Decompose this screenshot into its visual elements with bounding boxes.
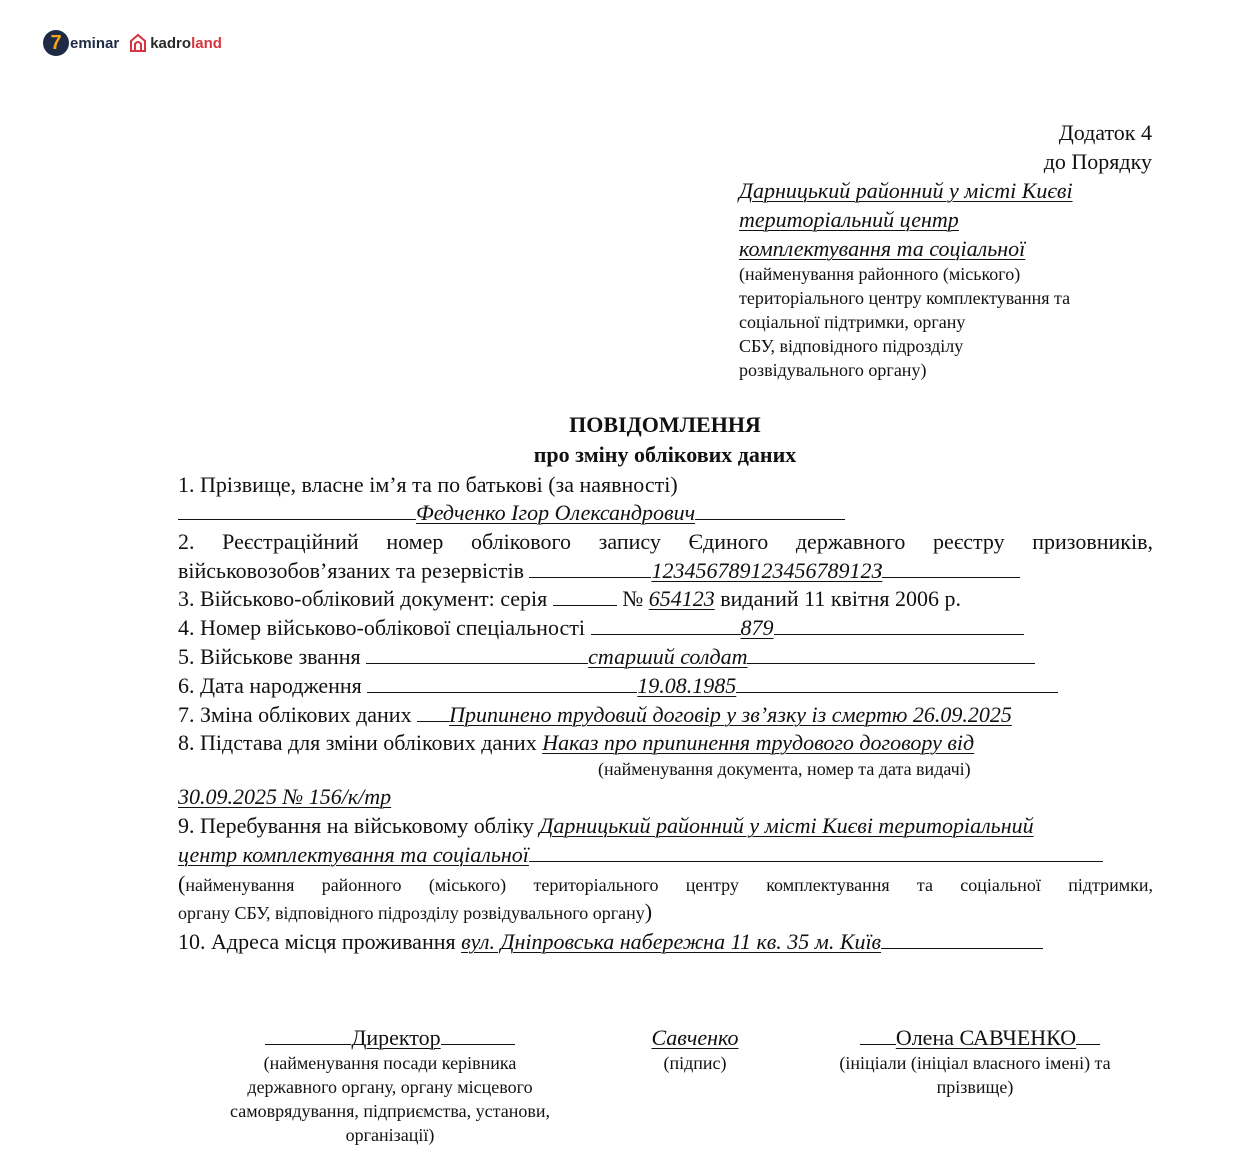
signature-note: (підпис) <box>620 1051 770 1075</box>
signer-name: Олена САВЧЕНКО <box>896 1025 1076 1050</box>
kadroland-logo: kadroland <box>129 33 222 53</box>
number-sign: № <box>622 586 643 611</box>
field-7-line: 7. Зміна облікових даних Припинено трудо… <box>178 700 1012 729</box>
note-line: територіального центру комплектування та <box>739 286 1070 310</box>
field-5-label: 5. Військове звання <box>178 644 361 669</box>
appendix-reference: до Порядку <box>1044 147 1152 176</box>
field-3-label: 3. Військово-обліковий документ: серія <box>178 586 547 611</box>
signature-value: Савченко <box>651 1025 738 1050</box>
signature: Савченко <box>620 1023 770 1052</box>
note-line: соціальної підтримки, органу <box>739 310 1070 334</box>
addressee-note: (найменування районного (міського) терит… <box>739 262 1070 382</box>
field-3-line: 3. Військово-обліковий документ: серія №… <box>178 584 961 613</box>
position-line: Директор <box>200 1023 580 1052</box>
name-line: Олена САВЧЕНКО <box>800 1023 1160 1052</box>
house-icon <box>129 33 147 53</box>
logo-bar: 7 eminar kadroland <box>43 30 222 56</box>
field-9-note-line1: (найменування районного (міського) терит… <box>178 872 1153 897</box>
field-1-line: Федченко Ігор Олександрович <box>178 498 845 527</box>
field-10-label: 10. Адреса місця проживання <box>178 929 456 954</box>
appendix-number: Додаток 4 <box>1044 118 1152 147</box>
field-1-value: Федченко Ігор Олександрович <box>416 500 695 525</box>
note-line: СБУ, відповідного підрозділу <box>739 334 1070 358</box>
field-2-line: військовозобов’язаних та резервістів 123… <box>178 556 1020 585</box>
field-1-label: 1. Прізвище, власне ім’я та по батькові … <box>178 470 678 499</box>
field-10-line: 10. Адреса місця проживання вул. Дніпров… <box>178 927 1043 956</box>
field-8-value-line1: Наказ про припинення трудового договору … <box>542 730 974 755</box>
note-line: (найменування районного (міського) <box>739 262 1070 286</box>
addressee-line: територіальний центр <box>739 205 1073 234</box>
field-8-label: 8. Підстава для зміни облікових даних <box>178 730 537 755</box>
note-text: найменування районного (міського) терито… <box>185 875 1153 895</box>
field-9-note-line2: органу СБУ, відповідного підрозділу розв… <box>178 900 652 925</box>
signer-position: Директор <box>351 1025 440 1050</box>
addressee-line: комплектування та соціальної <box>739 234 1073 263</box>
seminar-logo-icon: 7 <box>43 30 69 56</box>
field-4-line: 4. Номер військово-облікової спеціальнос… <box>178 613 1024 642</box>
field-2-label-line2: військовозобов’язаних та резервістів <box>178 558 524 583</box>
field-6-label: 6. Дата народження <box>178 673 362 698</box>
field-9-value-line2: центр комплектування та соціальної <box>178 842 529 867</box>
field-9-line2: центр комплектування та соціальної <box>178 840 1103 869</box>
name-note: (ініціали (ініціал власного імені) та пр… <box>790 1051 1160 1099</box>
field-9-label: 9. Перебування на військовому обліку <box>178 813 534 838</box>
field-10-value: вул. Дніпровська набережна 11 кв. 35 м. … <box>461 929 881 954</box>
note-line: прізвище) <box>790 1075 1160 1099</box>
field-4-label: 4. Номер військово-облікової спеціальнос… <box>178 615 585 640</box>
field-8-value-line2: 30.09.2025 № 156/к/тр <box>178 782 391 811</box>
note-line: державного органу, органу місцевого <box>190 1075 590 1099</box>
kadroland-text-2: land <box>191 35 222 52</box>
seminar-logo: 7 eminar <box>43 30 119 56</box>
document-subtitle: про зміну облікових даних <box>0 440 1241 469</box>
note-text: органу СБУ, відповідного підрозділу розв… <box>178 903 645 923</box>
field-8-line: 8. Підстава для зміни облікових даних На… <box>178 728 974 757</box>
field-6-line: 6. Дата народження 19.08.1985 <box>178 671 1058 700</box>
note-line: (найменування посади керівника <box>190 1051 590 1075</box>
field-8-note: (найменування документа, номер та дата в… <box>598 757 971 781</box>
field-5-value: старший солдат <box>588 644 747 669</box>
note-line: організації) <box>190 1123 590 1147</box>
field-4-value: 879 <box>741 615 774 640</box>
field-9-value-line1: Дарницький районний у місті Києві терито… <box>539 813 1033 838</box>
field-7-value: Припинено трудовий договір у зв’язку із … <box>449 702 1012 727</box>
addressee-line: Дарницький районний у місті Києві <box>739 176 1073 205</box>
field-3-value: 654123 <box>649 586 715 611</box>
field-2-value: 12345678912345678912З <box>651 558 882 583</box>
field-6-value: 19.08.1985 <box>637 673 736 698</box>
field-7-label: 7. Зміна облікових даних <box>178 702 412 727</box>
addressee: Дарницький районний у місті Києві терито… <box>739 176 1073 263</box>
position-note: (найменування посади керівника державног… <box>190 1051 590 1147</box>
note-line: (ініціали (ініціал власного імені) та <box>790 1051 1160 1075</box>
appendix-header: Додаток 4 до Порядку <box>1044 118 1152 176</box>
kadroland-text-1: kadro <box>150 35 191 52</box>
seminar-logo-text: eminar <box>70 35 119 52</box>
field-5-line: 5. Військове звання старший солдат <box>178 642 1035 671</box>
note-line: розвідувального органу) <box>739 358 1070 382</box>
field-2-label-line1: 2. Реєстраційний номер облікового запису… <box>178 527 1153 556</box>
note-line: самоврядування, підприємства, установи, <box>190 1099 590 1123</box>
document-title: ПОВІДОМЛЕННЯ <box>0 410 1241 439</box>
field-3-suffix: виданий 11 квітня 2006 р. <box>720 586 961 611</box>
field-9-line: 9. Перебування на військовому обліку Дар… <box>178 811 1034 840</box>
